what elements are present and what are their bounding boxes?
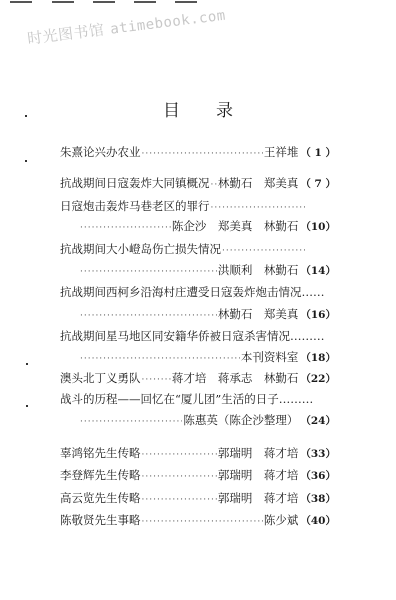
leader-dots [80, 414, 182, 430]
leader-dots [211, 177, 217, 193]
entry-title: 朱熹论兴办农业 [60, 144, 141, 160]
entry-page: （ 1 ） [300, 145, 336, 161]
leader-dots [142, 447, 217, 463]
entry-title: 战斗的历程——回忆在“厦儿团”生活的日子……… [60, 391, 313, 407]
entry-page: （22） [300, 371, 336, 387]
leader-dots [142, 514, 263, 530]
toc-entry-title-line[interactable]: 日寇炮击轰炸马巷老区的罪行 [60, 198, 306, 214]
toc-entry[interactable]: 辜鸿铭先生传略 郭瑞明 蒋才培 （33） [60, 445, 336, 461]
margin-mark [25, 160, 27, 162]
toc-entry[interactable]: 高云览先生传略 郭瑞明 蒋才培 （38） [60, 490, 336, 506]
entry-title: 抗战期间日寇轰炸大同镇概况 [60, 175, 210, 191]
title-char-1: 目 [163, 96, 180, 121]
toc-entry[interactable]: 抗战期间日寇轰炸大同镇概况 林勤石 郑美真 （ 7 ） [60, 175, 336, 191]
entry-author: 林勤石 郑美真 [218, 306, 299, 322]
entry-author: 郭瑞明 蒋才培 [218, 445, 299, 461]
entry-author: 蒋才培 蒋承志 林勤石 [172, 370, 299, 386]
leader-dots [80, 351, 240, 367]
entry-author: 陈企沙 郑美真 林勤石 [172, 218, 299, 234]
entry-title: 日寇炮击轰炸马巷老区的罪行 [60, 198, 210, 214]
leader-dots [222, 243, 305, 259]
toc-entry[interactable]: 陈敬贤先生事略 陈少斌 （40） [60, 512, 336, 528]
leader-dots [142, 146, 263, 162]
entry-title: 李登辉先生传略 [60, 467, 141, 483]
toc-entry-author-line[interactable]: 林勤石 郑美真 （16） [79, 306, 336, 322]
entry-title: 抗战期间星马地区同安籍华侨被日寇杀害情况……… [60, 328, 325, 344]
entry-title: 澳头北丁义勇队 [60, 370, 141, 386]
entry-page: （24） [300, 413, 336, 429]
page-top-edge [0, 0, 396, 6]
entry-author: 陈少斌 [264, 512, 299, 528]
margin-mark [26, 363, 28, 365]
entry-page: （18） [300, 350, 336, 366]
entry-page: （ 7 ） [300, 176, 336, 192]
entry-title: 高云览先生传略 [60, 490, 141, 506]
leader-dots [80, 308, 217, 324]
toc-entry-author-line[interactable]: 本刊资料室 （18） [79, 349, 336, 365]
entry-page: （40） [300, 513, 336, 529]
watermark-latin: atimebook.com [109, 8, 226, 38]
top-bar-mark [52, 1, 74, 3]
entry-author: 王祥堆 [264, 144, 299, 160]
margin-mark [25, 115, 27, 117]
entry-author: 郭瑞明 蒋才培 [218, 490, 299, 506]
toc-entry-title-line[interactable]: 抗战期间星马地区同安籍华侨被日寇杀害情况……… [60, 328, 336, 344]
leader-dots [142, 372, 171, 388]
entry-title: 抗战期间大小嶝岛伤亡损失情况 [60, 241, 221, 257]
toc-entry-title-line[interactable]: 抗战期间大小嶝岛伤亡损失情况 [60, 241, 306, 257]
entry-title: 陈敬贤先生事略 [60, 512, 141, 528]
top-bar-mark [93, 1, 115, 3]
toc-entry-title-line[interactable]: 战斗的历程——回忆在“厦儿团”生活的日子……… [60, 391, 336, 407]
margin-mark [26, 405, 28, 407]
toc-entry-author-line[interactable]: 陈企沙 郑美真 林勤石 （10） [79, 218, 336, 234]
leader-dots [142, 492, 217, 508]
watermark: 时光图书馆atimebook.com [26, 4, 227, 49]
watermark-cjk: 时光图书馆 [26, 21, 105, 48]
toc-entry-author-line[interactable]: 洪顺利 林勤石 （14） [79, 262, 336, 278]
entry-page: （36） [300, 468, 336, 484]
toc-entry-title-line[interactable]: 抗战期间西柯乡沿海村庄遭受日寇轰炸炮击情况…… [60, 284, 336, 300]
toc-entry[interactable]: 李登辉先生传略 郭瑞明 蒋才培 （36） [60, 467, 336, 483]
entry-author: 陈惠英（陈企沙整理） [183, 412, 298, 428]
entry-title: 辜鸿铭先生传略 [60, 445, 141, 461]
entry-author: 郭瑞明 蒋才培 [218, 467, 299, 483]
entry-author: 本刊资料室 [241, 349, 299, 365]
top-bar-mark [134, 1, 156, 3]
entry-title: 抗战期间西柯乡沿海村庄遭受日寇轰炸炮击情况…… [60, 284, 325, 300]
entry-page: （33） [300, 446, 336, 462]
top-bar-mark [175, 1, 197, 3]
toc-entry[interactable]: 朱熹论兴办农业 王祥堆 （ 1 ） [60, 144, 336, 160]
title-char-2: 录 [216, 96, 233, 121]
leader-dots [80, 220, 171, 236]
entry-page: （14） [300, 263, 336, 279]
entry-author: 洪顺利 林勤石 [218, 262, 299, 278]
entry-page: （16） [300, 307, 336, 323]
entry-page: （10） [300, 219, 336, 235]
leader-dots [80, 264, 217, 280]
leader-dots [211, 200, 306, 216]
toc-entry-author-line[interactable]: 陈惠英（陈企沙整理） （24） [79, 412, 336, 428]
toc-entry[interactable]: 澳头北丁义勇队 蒋才培 蒋承志 林勤石 （22） [60, 370, 336, 386]
entry-page: （38） [300, 491, 336, 507]
leader-dots [142, 469, 217, 485]
top-bar-mark [10, 1, 32, 3]
page-title: 目录 [0, 96, 396, 121]
entry-author: 林勤石 郑美真 [218, 175, 299, 191]
